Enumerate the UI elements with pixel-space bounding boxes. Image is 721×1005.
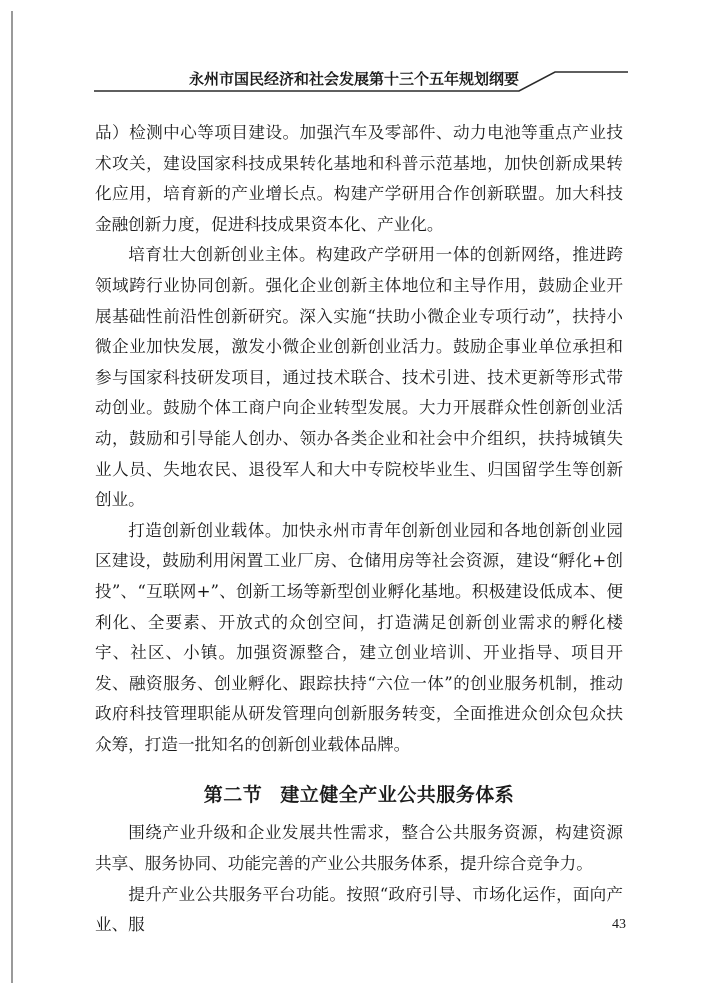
paragraph-platform-function: 提升产业公共服务平台功能。按照“政府引导、市场化运作，面向产业、服 [95, 880, 623, 941]
paragraph-innovation-carriers: 打造创新创业载体。加快永州市青年创新创业园和各地创新创业园区建设，鼓励利用闲置工… [95, 516, 623, 761]
section-heading: 第二节建立健全产业公共服务体系 [95, 782, 623, 808]
paragraph-section-intro: 围绕产业升级和企业发展共性需求，整合公共服务资源，构建资源共享、服务协同、功能完… [95, 818, 623, 879]
document-body: 品）检测中心等项目建设。加强汽车及零部件、动力电池等重点产业技术攻关，建设国家科… [95, 118, 623, 941]
running-header-title: 永州市国民经济和社会发展第十三个五年规划纲要 [189, 70, 519, 88]
paragraph-continued: 品）检测中心等项目建设。加强汽车及零部件、动力电池等重点产业技术攻关，建设国家科… [95, 118, 623, 240]
section-title: 建立健全产业公共服务体系 [280, 784, 514, 806]
page-edge-line [11, 11, 13, 983]
section-number: 第二节 [204, 784, 263, 806]
page-number: 43 [612, 917, 626, 933]
header-rule [0, 0, 721, 110]
paragraph-innovation-entities: 培育壮大创新创业主体。构建政产学研用一体的创新网络，推进跨领域跨行业协同创新。强… [95, 240, 623, 515]
